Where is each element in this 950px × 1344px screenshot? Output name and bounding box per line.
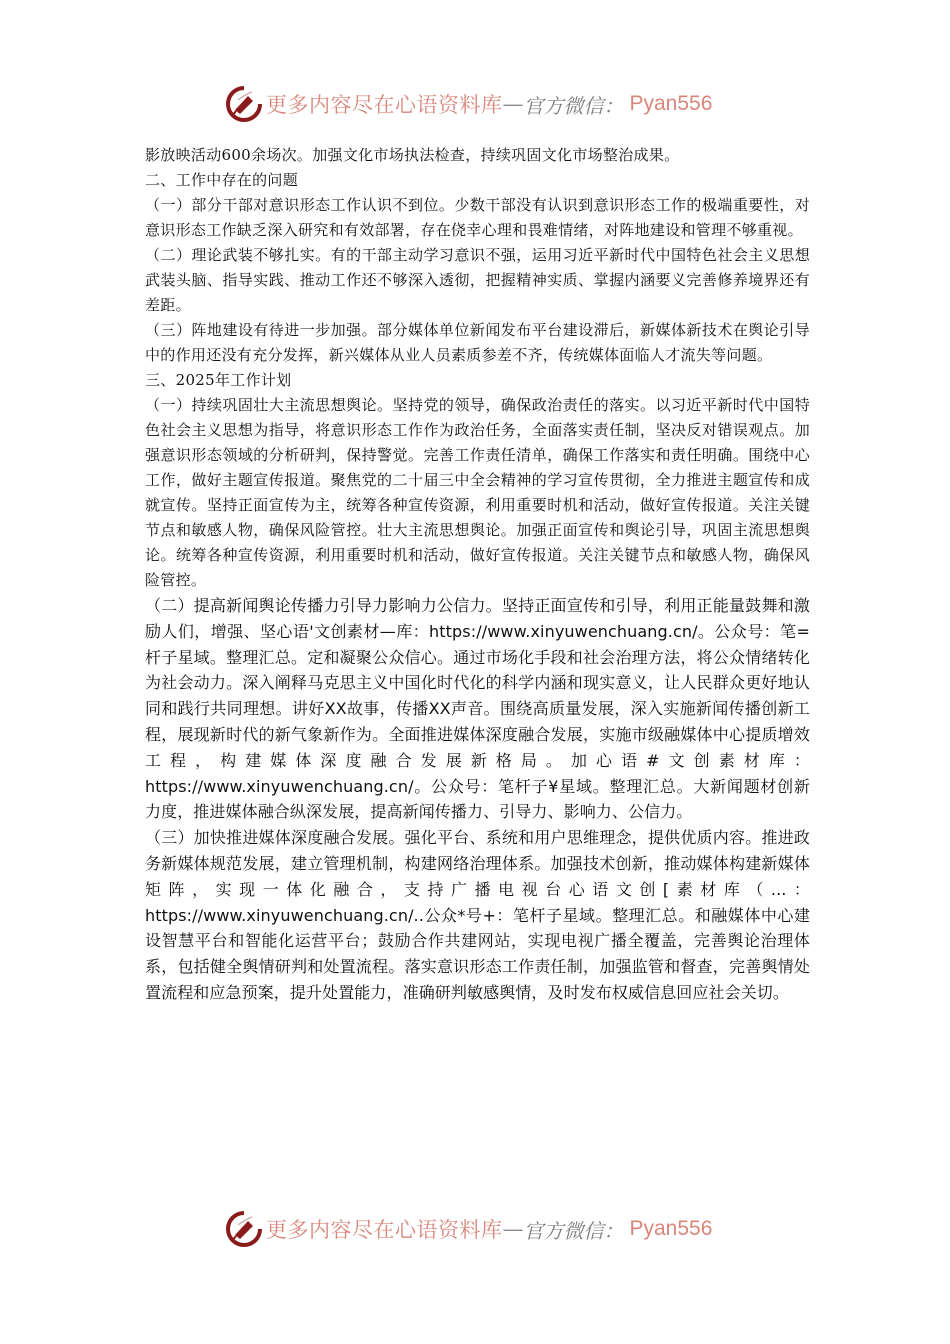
paragraph: （三）加快推进媒体深度融合发展。强化平台、系统和用户思维理念，提供优质内容。推进… xyxy=(145,825,810,1006)
paragraph: （一）持续巩固壮大主流思想舆论。坚持党的领导，确保政治责任的落实。以习近平新时代… xyxy=(145,393,810,593)
document-body: 影放映活动600余场次。加强文化市场执法检查，持续巩固文化市场整治成果。 二、工… xyxy=(145,143,810,1006)
document-part-sans: （二）提高新闻舆论传播力引导力影响力公信力。坚持正面宣传和引导，利用正能量鼓舞和… xyxy=(145,593,810,1006)
watermark-wechat-id: Pyan556 xyxy=(630,1217,713,1241)
section-heading-plan: 三、2025年工作计划 xyxy=(145,368,810,393)
watermark-official-label: 官方微信： xyxy=(524,1215,624,1244)
paragraph: （一）部分干部对意识形态工作认识不到位。少数干部没有认识到意识形态工作的极端重要… xyxy=(145,193,810,243)
section-heading-problems: 二、工作中存在的问题 xyxy=(145,168,810,193)
paragraph: 影放映活动600余场次。加强文化市场执法检查，持续巩固文化市场整治成果。 xyxy=(145,143,810,168)
watermark-brand-text: 更多内容尽在心语资料库 xyxy=(266,89,503,119)
footer-watermark: 更多内容尽在心语资料库 — 官方微信： Pyan556 xyxy=(226,1207,726,1251)
paragraph: （二）提高新闻舆论传播力引导力影响力公信力。坚持正面宣传和引导，利用正能量鼓舞和… xyxy=(145,593,810,825)
watermark-separator: — xyxy=(503,1217,524,1241)
watermark-official-label: 官方微信： xyxy=(524,90,624,119)
watermark-separator: — xyxy=(503,92,524,116)
paragraph: （三）阵地建设有待进一步加强。部分媒体单位新闻发布平台建设滞后，新媒体新技术在舆… xyxy=(145,318,810,368)
quill-pen-circle-icon xyxy=(226,1211,262,1247)
watermark-brand-text: 更多内容尽在心语资料库 xyxy=(266,1214,503,1244)
document-part-serif: 影放映活动600余场次。加强文化市场执法检查，持续巩固文化市场整治成果。 二、工… xyxy=(145,143,810,593)
watermark-wechat-id: Pyan556 xyxy=(630,92,713,116)
paragraph: （二）理论武装不够扎实。有的干部主动学习意识不强，运用习近平新时代中国特色社会主… xyxy=(145,243,810,318)
quill-pen-circle-icon xyxy=(226,86,262,122)
header-watermark: 更多内容尽在心语资料库 — 官方微信： Pyan556 xyxy=(226,82,726,126)
